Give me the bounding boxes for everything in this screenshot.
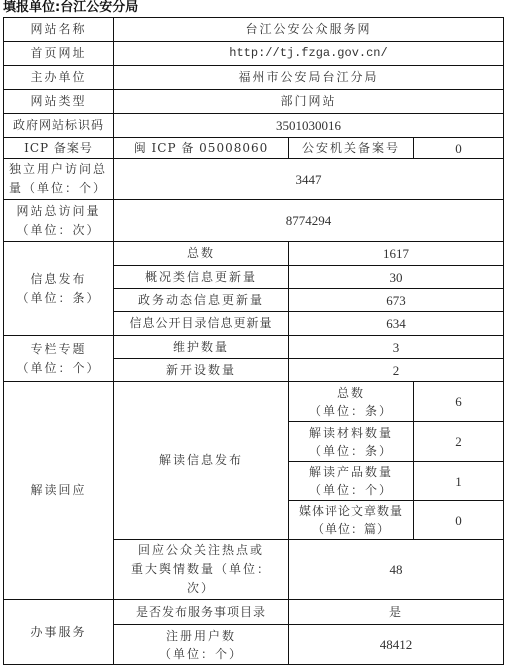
services-row-label: 是否发布服务事项目录 <box>113 599 289 625</box>
special-topics-row-label: 维护数量 <box>113 335 289 359</box>
site-name-label: 网站名称 <box>3 17 114 42</box>
info-publish-label: 信息发布 （单位：条） <box>3 241 114 336</box>
special-topics-row-label: 新开设数量 <box>113 358 289 382</box>
info-publish-row-value: 673 <box>288 288 504 312</box>
police-record-value: 0 <box>413 137 504 159</box>
homepage-label: 首页网址 <box>3 41 114 66</box>
interpretation-row-value: 1 <box>413 461 504 501</box>
info-publish-row-label: 概况类信息更新量 <box>113 265 289 289</box>
response-value: 48 <box>288 539 504 600</box>
site-type-value: 部门网站 <box>113 89 504 114</box>
info-publish-row-value: 634 <box>288 311 504 336</box>
sponsor-value: 福州市公安局台江分局 <box>113 65 504 90</box>
interpretation-row-label: 媒体评论文章数量 （单位：篇） <box>288 500 414 540</box>
info-publish-row-value: 1617 <box>288 241 504 266</box>
homepage-url[interactable]: http://tj.fzga.gov.cn/ <box>113 41 504 66</box>
sponsor-label: 主办单位 <box>3 65 114 90</box>
special-topics-label: 专栏专题 （单位：个） <box>3 335 114 382</box>
total-visits-value: 8774294 <box>113 199 504 242</box>
icp-label: ICP 备案号 <box>3 137 114 159</box>
info-publish-row-label: 总数 <box>113 241 289 266</box>
gov-id-label: 政府网站标识码 <box>3 113 114 138</box>
fill-unit-title: 填报单位:台江公安分局 <box>3 0 138 15</box>
interpretation-row-label: 解读产品数量 （单位：个） <box>288 461 414 501</box>
response-label: 回应公众关注热点或 重大舆情数量（单位： 次） <box>113 539 289 600</box>
unique-visitors-label: 独立用户访问总量（单位：个） <box>3 158 114 200</box>
total-visits-label: 网站总访问量 （单位：次） <box>3 199 114 242</box>
interpretation-row-label: 总数 （单位：条） <box>288 381 414 422</box>
services-row-value: 是 <box>288 599 504 625</box>
site-name-value: 台江公安公众服务网 <box>113 17 504 42</box>
gov-id-value: 3501030016 <box>113 113 504 138</box>
interpretation-row-value: 2 <box>413 421 504 462</box>
interpretation-row-value: 0 <box>413 500 504 540</box>
info-publish-row-label: 信息公开目录信息更新量 <box>113 311 289 336</box>
info-publish-row-label: 政务动态信息更新量 <box>113 288 289 312</box>
services-row-value: 48412 <box>288 624 504 665</box>
police-record-label: 公安机关备案号 <box>288 137 414 159</box>
interpretation-row-value: 6 <box>413 381 504 422</box>
services-row-label: 注册用户数 （单位：个） <box>113 624 289 665</box>
interpretation-label: 解读回应 <box>3 381 114 600</box>
icp-value: 闽 ICP 备 05008060 <box>113 137 289 159</box>
site-type-label: 网站类型 <box>3 89 114 114</box>
special-topics-row-value: 3 <box>288 335 504 359</box>
interpretation-publish-label: 解读信息发布 <box>113 381 289 540</box>
special-topics-row-value: 2 <box>288 358 504 382</box>
info-publish-row-value: 30 <box>288 265 504 289</box>
services-label: 办事服务 <box>3 599 114 665</box>
unique-visitors-value: 3447 <box>113 158 504 200</box>
interpretation-row-label: 解读材料数量 （单位：条） <box>288 421 414 462</box>
